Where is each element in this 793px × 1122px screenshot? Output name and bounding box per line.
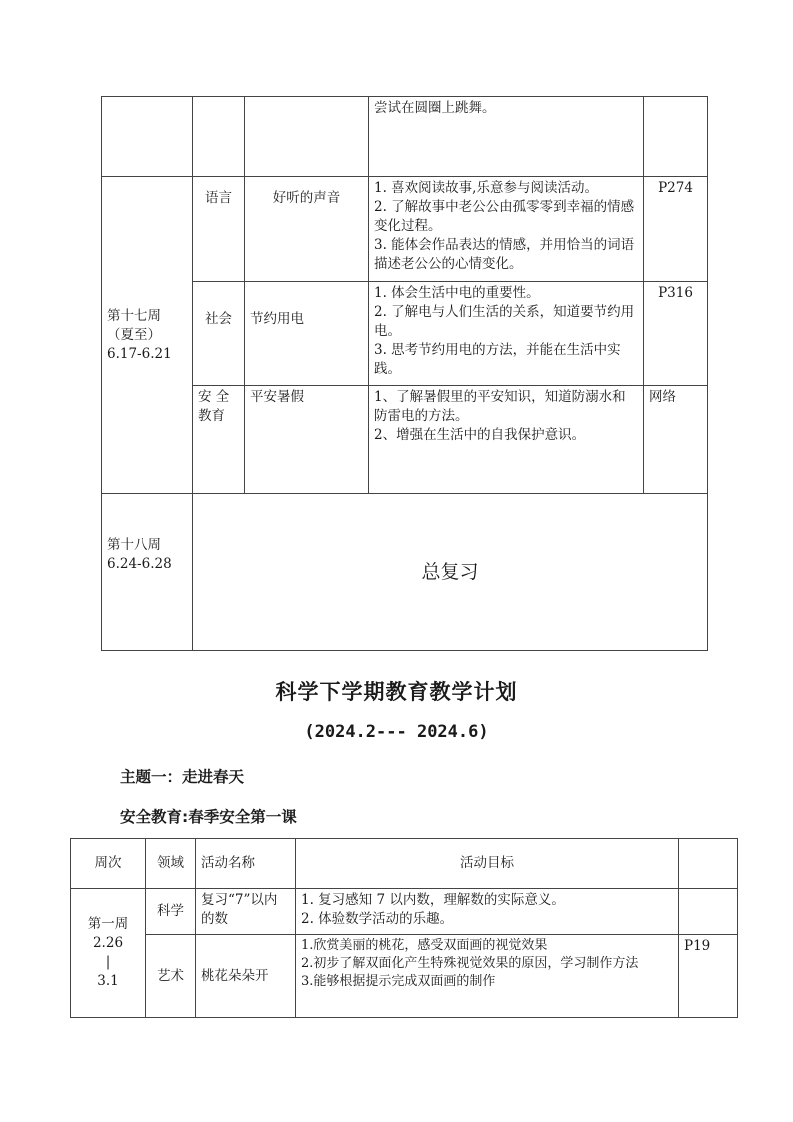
weekly-plan-table-continued: 尝试在圆圈上跳舞。 第十七周 （夏至） 6.17-6.21 语言 好听的声音 1…	[101, 96, 708, 651]
week-start: 2.26	[71, 934, 145, 953]
review-cell: 总复习	[193, 494, 708, 651]
domain-cell: 艺术	[146, 935, 196, 1018]
weekly-plan-table: 周次 领域 活动名称 活动目标 第一周 2.26 | 3.1 科学 复习“7”以…	[70, 838, 738, 1018]
ref-cell	[644, 97, 708, 177]
table-header-row: 周次 领域 活动名称 活动目标	[71, 839, 738, 889]
table-row: 第十八周 6.24-6.28 总复习	[102, 494, 708, 651]
ref-cell: 网络	[644, 386, 708, 494]
goals-cell: 1. 复习感知 7 以内数，理解数的实际意义。 2. 体验数学活动的乐趣。	[296, 889, 679, 935]
goal-text: 1.欣赏美丽的桃花，感受双面画的视觉效果	[301, 937, 673, 955]
table-row: 第十七周 （夏至） 6.17-6.21 语言 好听的声音 1. 喜欢阅读故事,乐…	[102, 177, 708, 282]
goal-text: 3. 思考节约用电的方法，并能在生活中实践。	[374, 341, 638, 379]
goal-text: 1. 复习感知 7 以内数，理解数的实际意义。	[301, 891, 673, 910]
header-ref	[679, 839, 738, 889]
activity-cell: 复习“7”以内的数	[196, 889, 296, 935]
activity-cell: 平安暑假	[245, 386, 369, 494]
theme-heading: 主题一：走进春天	[120, 765, 244, 787]
goal-text: 1、了解暑假里的平安知识，知道防溺水和防雷电的方法。	[374, 388, 638, 426]
week-end: 3.1	[71, 972, 145, 991]
goal-text: 2、增强在生活中的自我保护意识。	[374, 426, 638, 445]
goals-cell: 1. 喜欢阅读故事,乐意参与阅读活动。 2. 了解故事中老公公由孤零零到幸福的情…	[369, 177, 644, 282]
activity-cell: 节约用电	[245, 282, 369, 386]
table-row: 第一周 2.26 | 3.1 科学 复习“7”以内的数 1. 复习感知 7 以内…	[71, 889, 738, 935]
week-cell: 第十八周 6.24-6.28	[102, 494, 193, 651]
page-title: 科学下学期教育教学计划	[0, 676, 793, 706]
goals-cell: 1、了解暑假里的平安知识，知道防溺水和防雷电的方法。 2、增强在生活中的自我保护…	[369, 386, 644, 494]
goals-cell: 1.欣赏美丽的桃花，感受双面画的视觉效果 2.初步了解双面化产生特殊视觉效果的原…	[296, 935, 679, 1018]
domain-cell: 语言	[193, 177, 245, 282]
goal-text: 2. 了解故事中老公公由孤零零到幸福的情感变化过程。	[374, 198, 638, 236]
goals-cell: 1. 体会生活中电的重要性。 2. 了解电与人们生活的关系，知道要节约用电。 3…	[369, 282, 644, 386]
domain-cell	[193, 97, 245, 177]
goal-text: 3. 能体会作品表达的情感，并用恰当的词语描述老公公的心情变化。	[374, 236, 638, 274]
domain-cell: 科学	[146, 889, 196, 935]
header-domain: 领域	[146, 839, 196, 889]
goals-cell: 尝试在圆圈上跳舞。	[369, 97, 644, 177]
table-row: 安 全 教育 平安暑假 1、了解暑假里的平安知识，知道防溺水和防雷电的方法。 2…	[102, 386, 708, 494]
table-row: 艺术 桃花朵朵开 1.欣赏美丽的桃花，感受双面画的视觉效果 2.初步了解双面化产…	[71, 935, 738, 1018]
ref-cell: P19	[679, 935, 738, 1018]
week-cell: 第十七周 （夏至） 6.17-6.21	[102, 177, 193, 494]
activity-cell: 桃花朵朵开	[196, 935, 296, 1018]
header-goals: 活动目标	[296, 839, 679, 889]
week-cell: 第一周 2.26 | 3.1	[71, 889, 146, 1018]
safety-heading: 安全教育:春季安全第一课	[120, 805, 297, 827]
plan-period: (2024.2--- 2024.6)	[0, 722, 793, 742]
ref-cell	[679, 889, 738, 935]
goal-text: 2. 体验数学活动的乐趣。	[301, 910, 673, 929]
domain-cell: 安 全 教育	[193, 386, 245, 494]
goal-text: 1. 体会生活中电的重要性。	[374, 284, 638, 303]
goal-text: 尝试在圆圈上跳舞。	[374, 99, 638, 118]
activity-cell: 好听的声音	[245, 177, 369, 282]
week-label: 第十七周	[107, 307, 187, 326]
activity-cell	[245, 97, 369, 177]
week-cell	[102, 97, 193, 177]
goal-text: 1. 喜欢阅读故事,乐意参与阅读活动。	[374, 179, 638, 198]
ref-cell: P316	[644, 282, 708, 386]
header-week: 周次	[71, 839, 146, 889]
week-separator: |	[71, 953, 145, 972]
goal-text: 2.初步了解双面化产生特殊视觉效果的原因，学习制作方法	[301, 955, 673, 973]
goal-text: 3.能够根据提示完成双面画的制作	[301, 973, 673, 991]
ref-cell: P274	[644, 177, 708, 282]
table-row: 社会 节约用电 1. 体会生活中电的重要性。 2. 了解电与人们生活的关系，知道…	[102, 282, 708, 386]
week-label: 第十八周	[107, 536, 187, 555]
week-dates: 6.17-6.21	[107, 345, 187, 364]
domain-cell: 社会	[193, 282, 245, 386]
week-note: （夏至）	[107, 326, 187, 345]
goal-text: 2. 了解电与人们生活的关系，知道要节约用电。	[374, 303, 638, 341]
week-dates: 6.24-6.28	[107, 555, 187, 574]
header-activity: 活动名称	[196, 839, 296, 889]
table-row: 尝试在圆圈上跳舞。	[102, 97, 708, 177]
week-label: 第一周	[71, 915, 145, 934]
